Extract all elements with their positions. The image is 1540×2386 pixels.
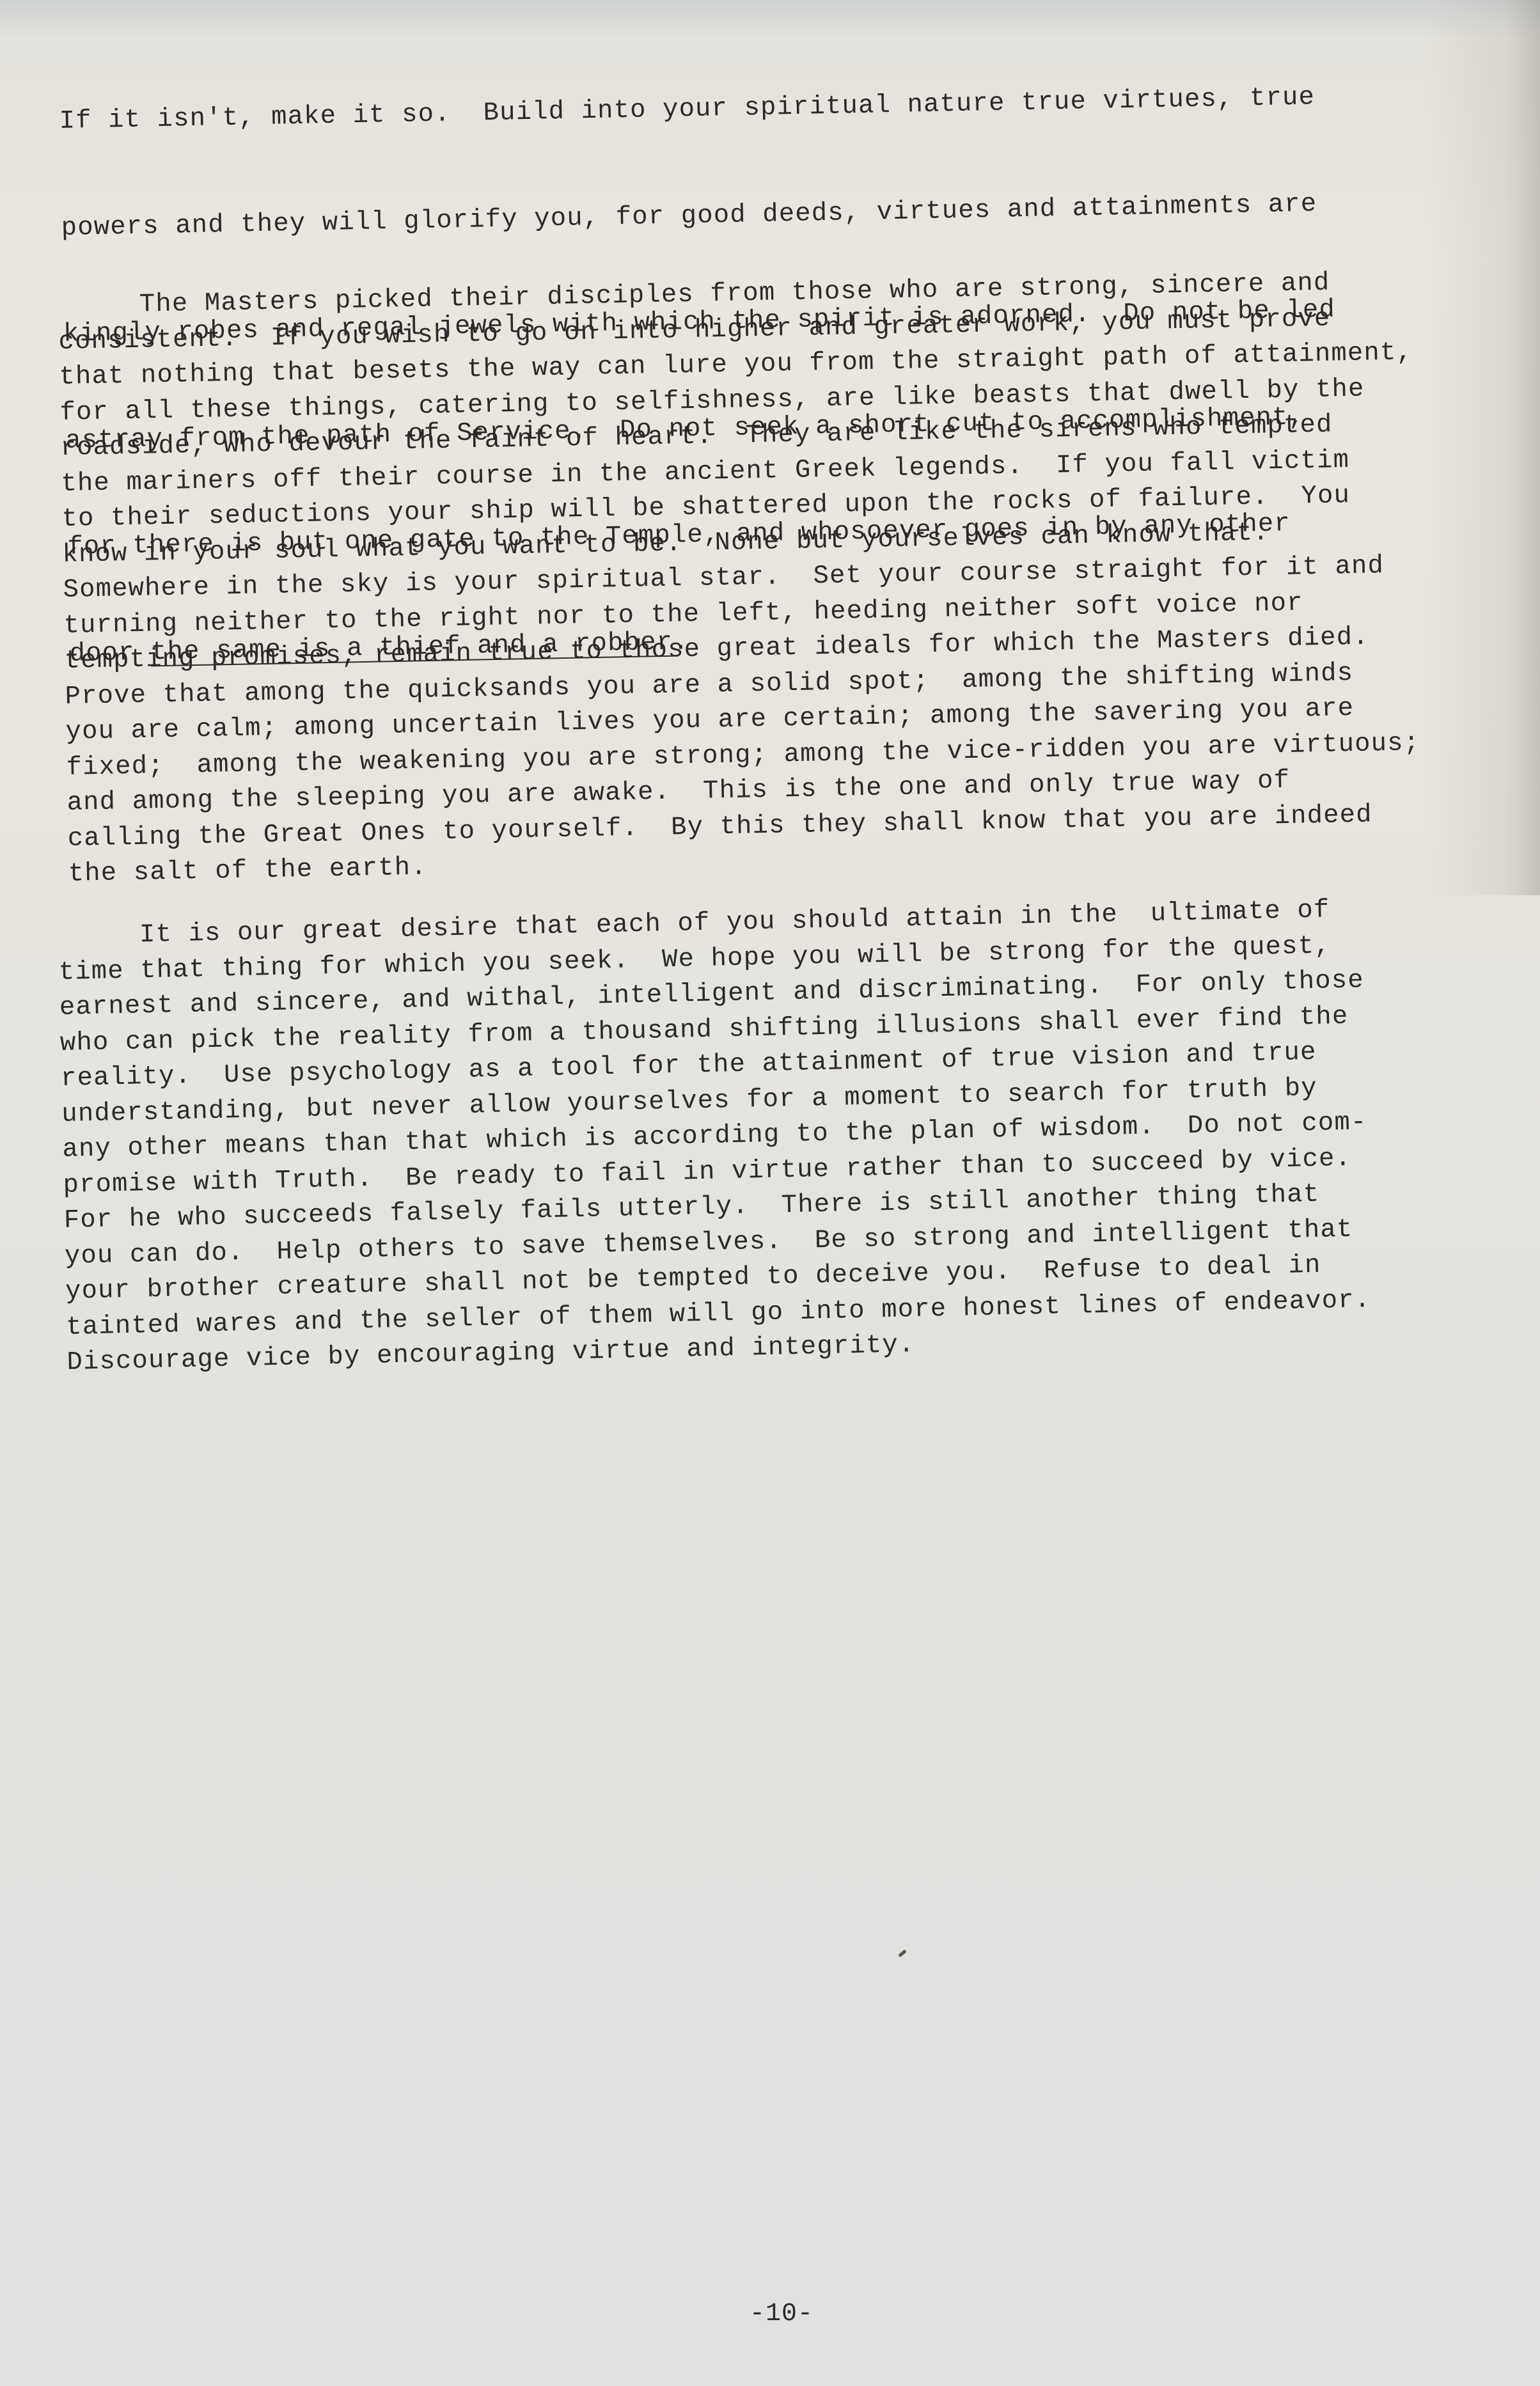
paragraph-3: It is our great desire that each of you … bbox=[58, 890, 1512, 1381]
text-line: powers and they will glorify you, for go… bbox=[61, 183, 1507, 246]
text-line: If it isn't, make it so. Build into your… bbox=[59, 77, 1505, 140]
paragraph-2: The Masters picked their disciples from … bbox=[58, 263, 1514, 893]
paper-speck bbox=[898, 1949, 907, 1958]
page-number: -10- bbox=[750, 2300, 813, 2328]
typed-page: If it isn't, make it so. Build into your… bbox=[0, 0, 1540, 2386]
